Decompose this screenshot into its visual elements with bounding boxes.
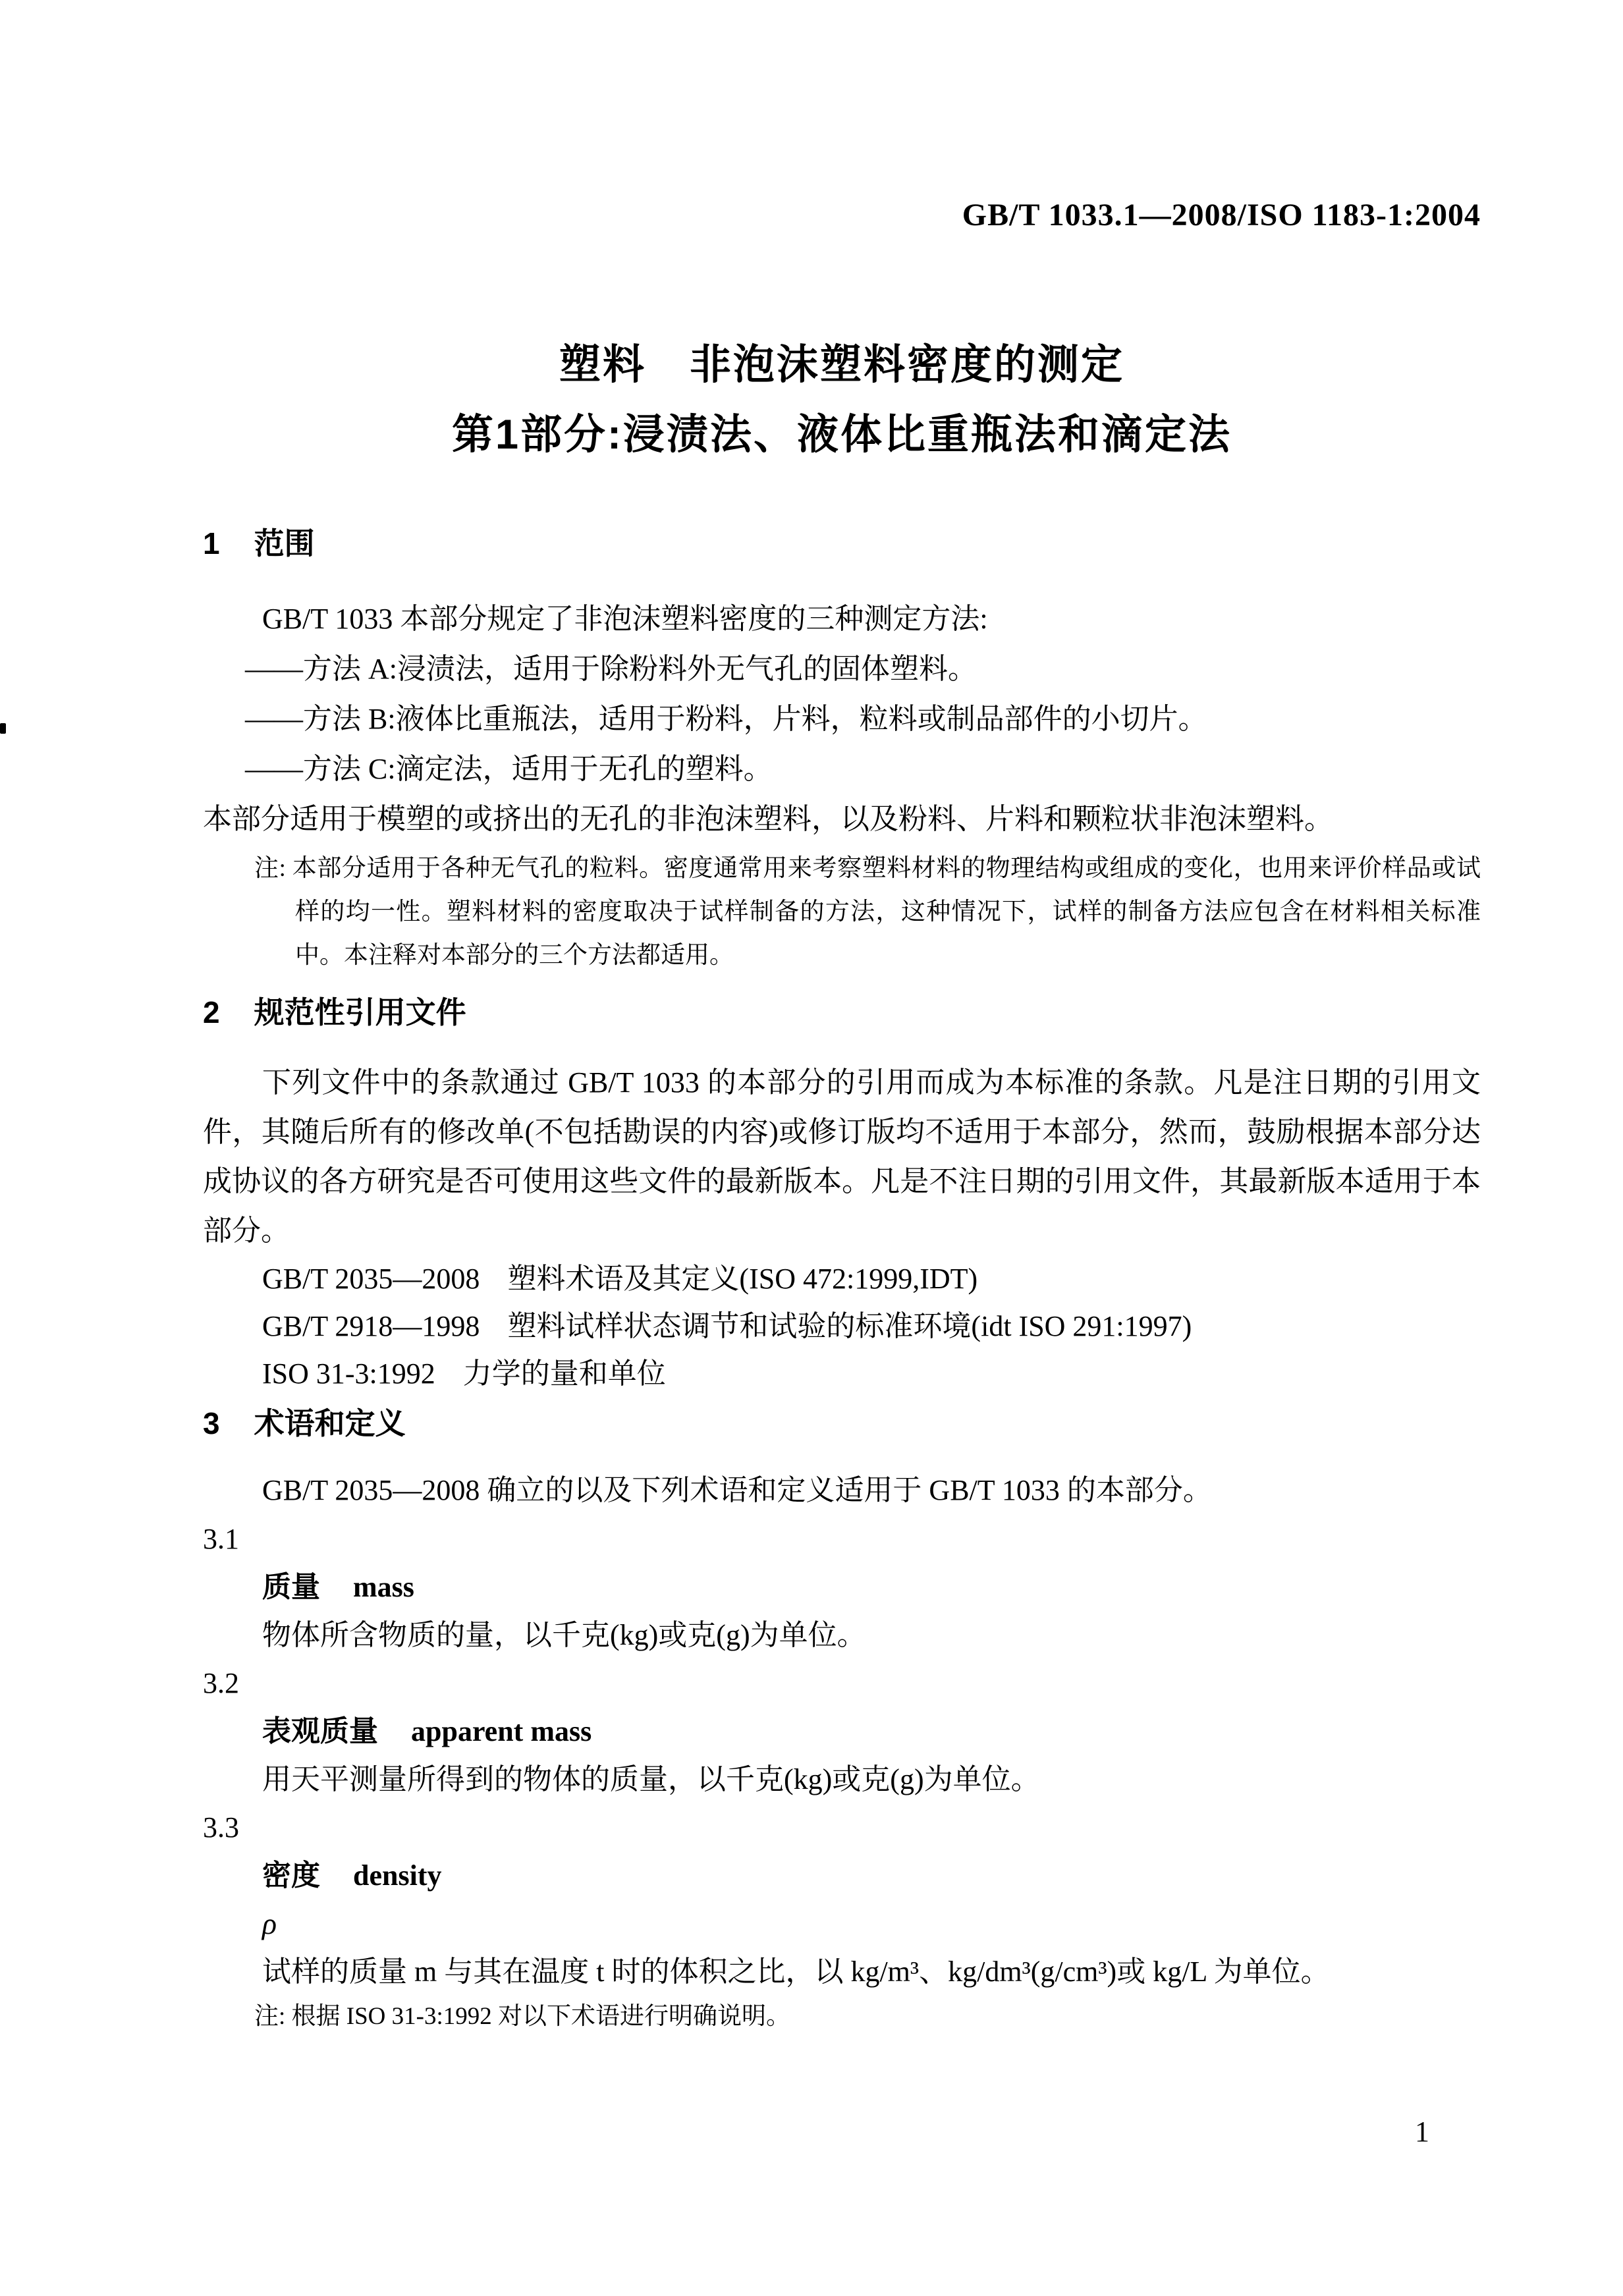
normative-references: GB/T 2035—2008塑料术语及其定义(ISO 472:1999,IDT)… bbox=[203, 1255, 1481, 1398]
section-1-scope: 本部分适用于模塑的或挤出的无孔的非泡沫塑料，以及粉料、片料和颗粒状非泡沫塑料。 bbox=[203, 794, 1481, 844]
method-b-line: ——方法 B:液体比重瓶法，适用于粉料，片料，粒料或制品部件的小切片。 bbox=[203, 694, 1481, 744]
section-2-body: 下列文件中的条款通过 GB/T 1033 的本部分的引用而成为本标准的条款。凡是… bbox=[203, 1058, 1481, 1255]
scan-artifact-mark bbox=[0, 723, 6, 734]
section-1-heading: 1范围 bbox=[203, 526, 1481, 561]
term-name: 质量mass bbox=[203, 1563, 1481, 1611]
reference-code: ISO 31-3:1992 bbox=[262, 1350, 435, 1398]
section-2-heading: 2规范性引用文件 bbox=[203, 995, 1481, 1030]
section-1-title: 范围 bbox=[254, 526, 315, 560]
term-definition: 物体所含物质的量，以千克(kg)或克(g)为单位。 bbox=[203, 1611, 1481, 1659]
method-c-line: ——方法 C:滴定法，适用于无孔的塑料。 bbox=[203, 744, 1481, 794]
title-line-1: 塑料 非泡沫塑料密度的测定 bbox=[203, 330, 1481, 400]
reference-code: GB/T 2035—2008 bbox=[262, 1255, 480, 1303]
reference-code: GB/T 2918—1998 bbox=[262, 1303, 480, 1350]
section-2-title: 规范性引用文件 bbox=[254, 995, 466, 1029]
term-number: 3.3 bbox=[203, 1803, 1481, 1851]
section-1-intro: GB/T 1033 本部分规定了非泡沫塑料密度的三种测定方法: bbox=[203, 594, 1481, 644]
term-entry-3-1: 3.1 质量mass 物体所含物质的量，以千克(kg)或克(g)为单位。 bbox=[203, 1515, 1481, 1659]
reference-item: ISO 31-3:1992力学的量和单位 bbox=[203, 1350, 1481, 1398]
section-2-number: 2 bbox=[203, 995, 220, 1030]
reference-item: GB/T 2035—2008塑料术语及其定义(ISO 472:1999,IDT) bbox=[203, 1255, 1481, 1303]
term-name-en: apparent mass bbox=[411, 1715, 591, 1747]
section-1-note: 注: 本部分适用于各种无气孔的粒料。密度通常用来考察塑料材料的物理结构或组成的变… bbox=[203, 847, 1481, 977]
term-name-en: density bbox=[353, 1859, 441, 1892]
term-definition: 用天平测量所得到的物体的质量，以千克(kg)或克(g)为单位。 bbox=[203, 1755, 1481, 1803]
title-line-2: 第1部分:浸渍法、液体比重瓶法和滴定法 bbox=[203, 400, 1481, 470]
term-number: 3.2 bbox=[203, 1659, 1481, 1707]
term-name-zh: 表观质量 bbox=[262, 1707, 378, 1755]
reference-title: 力学的量和单位 bbox=[463, 1357, 666, 1390]
term-name: 密度density bbox=[203, 1851, 1481, 1900]
section-3-title: 术语和定义 bbox=[254, 1406, 406, 1440]
term-number: 3.1 bbox=[203, 1515, 1481, 1563]
document-title: 塑料 非泡沫塑料密度的测定 第1部分:浸渍法、液体比重瓶法和滴定法 bbox=[203, 330, 1481, 470]
term-entry-3-2: 3.2 表观质量apparent mass 用天平测量所得到的物体的质量，以千克… bbox=[203, 1659, 1481, 1803]
section-3-number: 3 bbox=[203, 1406, 220, 1441]
section-1-number: 1 bbox=[203, 526, 220, 561]
term-name-zh: 质量 bbox=[262, 1563, 320, 1611]
term-note: 注: 根据 ISO 31-3:1992 对以下术语进行明确说明。 bbox=[203, 1997, 1481, 2036]
term-definition: 试样的质量 m 与其在温度 t 时的体积之比，以 kg/m³、kg/dm³(g/… bbox=[203, 1948, 1481, 1996]
section-3-intro: GB/T 2035—2008 确立的以及下列术语和定义适用于 GB/T 1033… bbox=[203, 1466, 1481, 1515]
page-number: 1 bbox=[1415, 2116, 1429, 2148]
term-symbol-rho: ρ bbox=[203, 1900, 1481, 1948]
document-page: GB/T 1033.1—2008/ISO 1183-1:2004 塑料 非泡沫塑… bbox=[0, 0, 1623, 2296]
term-entry-3-3: 3.3 密度density ρ 试样的质量 m 与其在温度 t 时的体积之比，以… bbox=[203, 1803, 1481, 2036]
term-name-en: mass bbox=[353, 1571, 414, 1603]
reference-item: GB/T 2918—1998塑料试样状态调节和试验的标准环境(idt ISO 2… bbox=[203, 1303, 1481, 1350]
term-name-zh: 密度 bbox=[262, 1851, 320, 1900]
standard-code-header: GB/T 1033.1—2008/ISO 1183-1:2004 bbox=[203, 198, 1481, 232]
term-name: 表观质量apparent mass bbox=[203, 1707, 1481, 1755]
reference-title: 塑料试样状态调节和试验的标准环境(idt ISO 291:1997) bbox=[507, 1310, 1192, 1342]
page-content: GB/T 1033.1—2008/ISO 1183-1:2004 塑料 非泡沫塑… bbox=[203, 0, 1481, 2036]
method-a-line: ——方法 A:浸渍法，适用于除粉料外无气孔的固体塑料。 bbox=[203, 644, 1481, 694]
section-3-heading: 3术语和定义 bbox=[203, 1406, 1481, 1441]
reference-title: 塑料术语及其定义(ISO 472:1999,IDT) bbox=[507, 1263, 977, 1295]
